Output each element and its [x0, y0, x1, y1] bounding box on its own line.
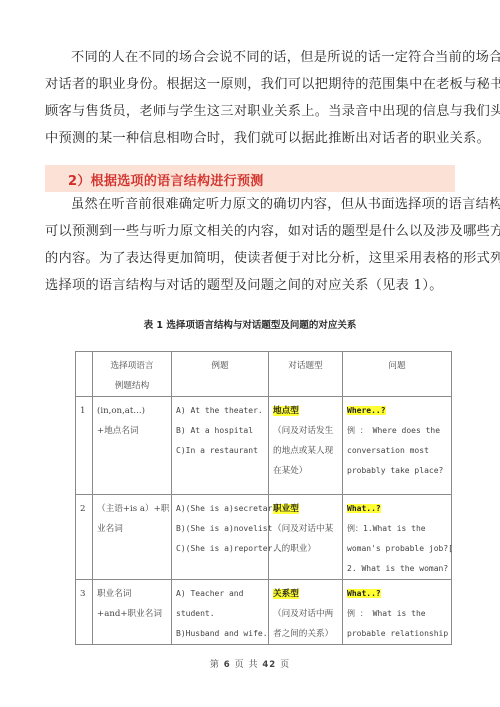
- row-question: What..? 例：1.What is the woman's probable…: [343, 495, 452, 580]
- type-label-highlight: 关系型: [273, 589, 299, 599]
- question-line: 2. What is the woman?: [347, 559, 447, 579]
- structure-line: 职业名词: [97, 584, 167, 604]
- type-label-highlight: 地点型: [273, 406, 299, 416]
- type-desc-line: 者之间的关系）: [273, 624, 338, 644]
- row-question: What..? 例 ： What is the probable relatio…: [343, 580, 452, 645]
- paragraph-line: 可以预测到一些与听力原文相关的内容，如对话的题型是什么以及涉及哪些方面: [45, 218, 455, 245]
- row-num: 1: [76, 397, 93, 495]
- footer-suffix: 页: [280, 660, 290, 670]
- example-line: A) At the theater.: [176, 401, 264, 421]
- paragraph-line: 选择项的语言结构与对话的题型及问题之间的对应关系（见表 1）。: [45, 272, 455, 299]
- question-label-highlight: What..?: [347, 589, 381, 598]
- example-line: student.: [176, 604, 264, 624]
- footer-middle: 页 共: [235, 660, 259, 670]
- page-footer: 第 6 页 共 42 页: [0, 657, 500, 670]
- row-question: Where..? 例 ： Where does the conversation…: [343, 397, 452, 495]
- type-desc-line: 人的职业）: [273, 539, 338, 559]
- row-type: 职业型 （问及对话中某 人的职业）: [269, 495, 343, 580]
- header-structure-line: 选择项语言: [97, 356, 167, 376]
- type-label-highlight: 职业型: [273, 504, 299, 514]
- structure-line: (in,on,at...): [97, 401, 167, 421]
- current-page-number: 6: [224, 660, 231, 670]
- table-row: 1 (in,on,at...) +地点名词 A) At the theater.…: [76, 397, 452, 495]
- header-num: [76, 352, 93, 397]
- total-pages-number: 42: [262, 660, 276, 670]
- section-heading: 2）根据选项的语言结构进行预测: [68, 170, 264, 189]
- paragraph-line: 虽然在听音前很难确定听力原文的确切内容，但从书面选择项的语言结构中: [45, 191, 455, 218]
- example-line: B)Husband and wife.: [176, 624, 264, 644]
- paragraph-line: 对话者的职业身份。根据这一原则，我们可以把期待的范围集中在老板与秘书，: [45, 71, 455, 98]
- row-examples: A) Teacher and student. B)Husband and wi…: [172, 580, 269, 645]
- table-row: 3 职业名词 +and+职业名词 A) Teacher and student.…: [76, 580, 452, 645]
- row-num: 3: [76, 580, 93, 645]
- footer-prefix: 第: [210, 660, 220, 670]
- structure-line: +地点名词: [97, 421, 167, 441]
- question-line: 例 ： What is the: [347, 604, 447, 624]
- example-line: C)(She is a)reporter.: [176, 539, 264, 559]
- row-num: 2: [76, 495, 93, 580]
- type-desc-line: （问及对话中某: [273, 519, 338, 539]
- type-desc-line: （问及对话发生: [273, 421, 338, 441]
- row-examples: A) At the theater. B) At a hospital C)In…: [172, 397, 269, 495]
- question-line: probable relationship: [347, 624, 447, 644]
- question-line: conversation most: [347, 441, 447, 461]
- header-structure-line: 例题结构: [97, 376, 167, 396]
- example-line: B)(She is a)novelist: [176, 519, 264, 539]
- question-label-highlight: Where..?: [347, 406, 386, 415]
- question-line: 例：1.What is the: [347, 519, 447, 539]
- paragraph-1: 不同的人在不同的场合会说不同的话，但是所说的话一定符合当前的场合和 对话者的职业…: [45, 44, 455, 152]
- paragraph-line: 不同的人在不同的场合会说不同的话，但是所说的话一定符合当前的场合和: [45, 44, 455, 71]
- row-type: 地点型 （问及对话发生 的地点或某人现 在某处）: [269, 397, 343, 495]
- header-structure: 选择项语言 例题结构: [93, 352, 172, 397]
- paragraph-line: 的内容。为了表达得更加简明，使读者便于对比分析，这里采用表格的形式列出: [45, 245, 455, 272]
- structure-line: +and+职业名词: [97, 604, 167, 624]
- table-caption: 表 1 选择项语言结构与对话题型及问题的对应关系: [0, 317, 500, 331]
- table-row: 2 （主语+is a）+职 业名词 A)(She is a)secretary …: [76, 495, 452, 580]
- structure-line: 业名词: [97, 519, 167, 539]
- row-type: 关系型 （问及对话中两 者之间的关系）: [269, 580, 343, 645]
- paragraph-line: 顾客与售货员，老师与学生这三对职业关系上。当录音中出现的信息与我们头脑: [45, 98, 455, 125]
- table-header-row: 选择项语言 例题结构 例题 对话题型 问题: [76, 352, 452, 397]
- row-structure: (in,on,at...) +地点名词: [93, 397, 172, 495]
- question-line: 例 ： Where does the: [347, 421, 447, 441]
- type-desc-line: （问及对话中两: [273, 604, 338, 624]
- row-structure: （主语+is a）+职 业名词: [93, 495, 172, 580]
- type-desc-line: 在某处）: [273, 461, 338, 481]
- correspondence-table: 选择项语言 例题结构 例题 对话题型 问题 1 (in,on,at...) +地…: [75, 351, 452, 645]
- question-label-highlight: What..?: [347, 504, 381, 513]
- row-examples: A)(She is a)secretary B)(She is a)noveli…: [172, 495, 269, 580]
- paragraph-2: 虽然在听音前很难确定听力原文的确切内容，但从书面选择项的语言结构中 可以预测到一…: [45, 191, 455, 299]
- example-line: A) Teacher and: [176, 584, 264, 604]
- example-line: C)In a restaurant: [176, 441, 264, 461]
- question-line: probably take place?: [347, 461, 447, 481]
- type-desc-line: 的地点或某人现: [273, 441, 338, 461]
- header-type: 对话题型: [269, 352, 343, 397]
- paragraph-line: 中预测的某一种信息相吻合时，我们就可以据此推断出对话者的职业关系。: [45, 125, 455, 152]
- header-question: 问题: [343, 352, 452, 397]
- row-structure: 职业名词 +and+职业名词: [93, 580, 172, 645]
- example-line: A)(She is a)secretary: [176, 499, 264, 519]
- example-line: B) At a hospital: [176, 421, 264, 441]
- question-line: woman's probable job?[: [347, 539, 447, 559]
- header-example: 例题: [172, 352, 269, 397]
- structure-line: （主语+is a）+职: [97, 499, 167, 519]
